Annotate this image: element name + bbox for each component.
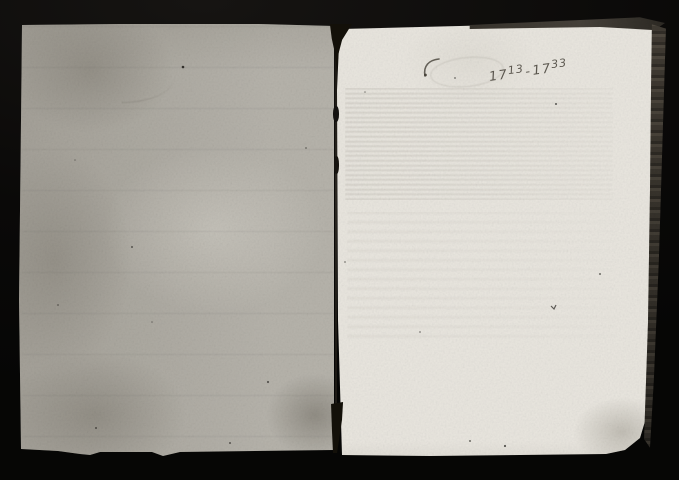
paper-chain-lines bbox=[22, 26, 334, 450]
binding-gutter-line bbox=[335, 26, 337, 452]
date-end-prefix: 17 bbox=[531, 61, 552, 79]
bleed-through-text-lower bbox=[347, 212, 617, 342]
book-scan-stage: 1713-1733 bbox=[0, 0, 679, 480]
ink-flourish bbox=[420, 56, 444, 82]
date-start-suffix: 13 bbox=[507, 62, 525, 77]
date-end-suffix: 33 bbox=[550, 56, 568, 71]
date-start-prefix: 17 bbox=[488, 67, 509, 85]
binding-stitch-knot bbox=[334, 156, 339, 174]
bleed-through-text-upper bbox=[345, 88, 613, 200]
binding-stitch-knot bbox=[333, 106, 339, 122]
